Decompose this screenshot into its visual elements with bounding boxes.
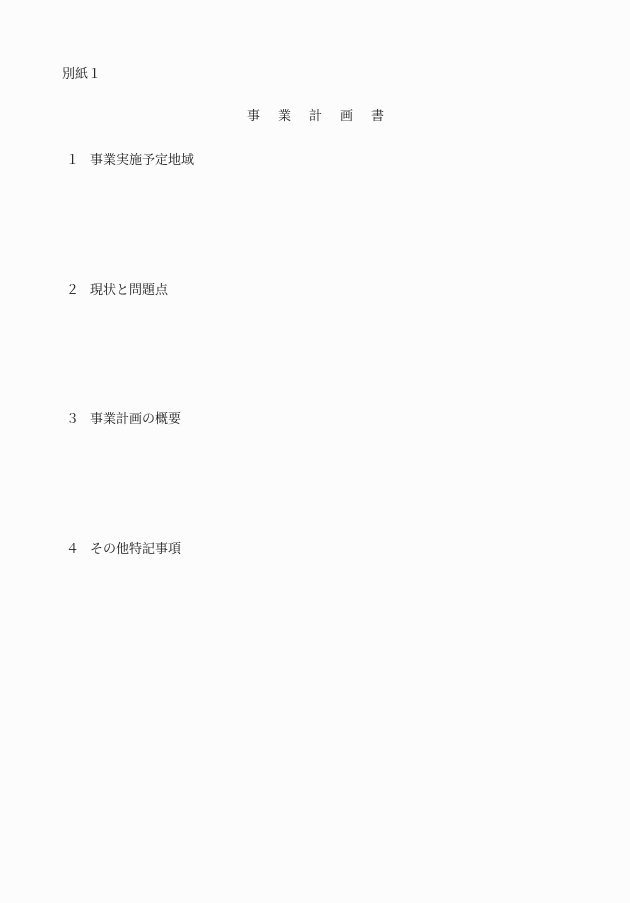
title-char: 計 xyxy=(309,110,340,123)
section-heading-1: １ 事業実施予定地域 xyxy=(66,154,194,167)
annex-label: 別紙１ xyxy=(62,68,101,81)
section-heading-3: ３ 事業計画の概要 xyxy=(66,413,181,426)
section-number: ４ xyxy=(66,543,90,556)
title-char: 事 xyxy=(247,110,278,123)
section-heading-4: ４ その他特記事項 xyxy=(66,543,181,556)
title-char: 画 xyxy=(340,110,371,123)
section-number: ２ xyxy=(66,284,90,297)
section-title: 事業実施予定地域 xyxy=(90,154,194,167)
section-heading-2: ２ 現状と問題点 xyxy=(66,284,168,297)
section-number: １ xyxy=(66,154,90,167)
section-number: ３ xyxy=(66,413,90,426)
document-title: 事 業 計 画 書 xyxy=(247,110,402,123)
section-title: 現状と問題点 xyxy=(90,284,168,297)
section-title: 事業計画の概要 xyxy=(90,413,181,426)
title-char: 業 xyxy=(278,110,309,123)
section-title: その他特記事項 xyxy=(90,543,181,556)
title-char: 書 xyxy=(371,110,402,123)
